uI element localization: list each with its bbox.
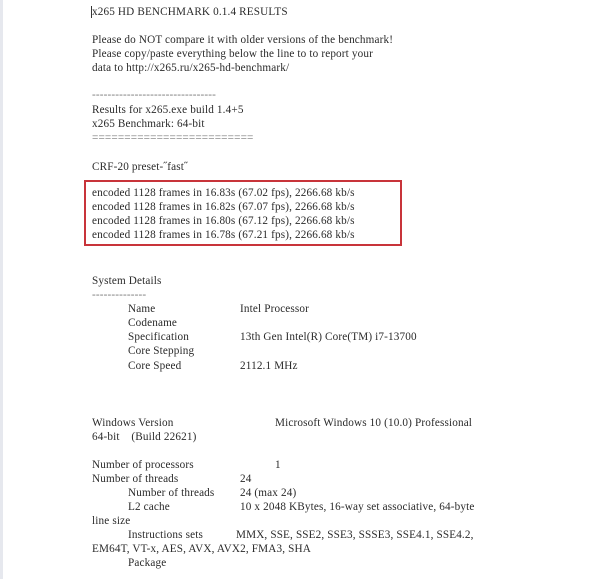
isa-label: Instructions sets: [128, 528, 203, 542]
document-title: x265 HD BENCHMARK 0.1.4 RESULTS: [92, 5, 288, 19]
package-label: Package: [128, 556, 166, 570]
sub-threads-label: Number of threads: [128, 486, 214, 500]
sys-value: Intel Processor: [240, 302, 309, 316]
result-line: encoded 1128 frames in 16.80s (67.12 fps…: [92, 214, 355, 228]
equals-separator: =========================: [92, 131, 253, 145]
system-details-heading: System Details: [92, 274, 162, 288]
sys-label: Core Speed: [128, 359, 181, 373]
sys-value: 2112.1 MHz: [240, 359, 298, 373]
result-line: encoded 1128 frames in 16.83s (67.02 fps…: [92, 186, 355, 200]
windows-version-label: Windows Version: [92, 416, 173, 430]
sys-label: Codename: [128, 316, 177, 330]
threads-value: 24: [240, 472, 252, 486]
system-details-underline: --------------: [92, 288, 146, 302]
build-line: Results for x265.exe build 1.4+5: [92, 103, 244, 117]
sys-value: 13th Gen Intel(R) Core(TM) i7-13700: [240, 330, 417, 344]
windows-version-cont: 64-bit (Build 22621): [92, 430, 196, 444]
isa-cont: EM64T, VT-x, AES, AVX, AVX2, FMA3, SHA: [92, 542, 311, 556]
sys-label: Core Stepping: [128, 344, 194, 358]
threads-label: Number of threads: [92, 472, 178, 486]
dash-separator: --------------------------------: [92, 88, 216, 102]
benchmark-bits-line: x265 Benchmark: 64-bit: [92, 117, 205, 131]
processors-value: 1: [275, 458, 281, 472]
isa-value: MMX, SSE, SSE2, SSE3, SSSE3, SSE4.1, SSE…: [236, 528, 474, 542]
preset-line: CRF-20 preset-˝fast˝: [92, 160, 188, 174]
sys-label: Name: [128, 302, 155, 316]
sys-label: Specification: [128, 330, 189, 344]
sub-threads-value: 24 (max 24): [240, 486, 296, 500]
window-left-edge: [0, 0, 3, 579]
l2-cache-cont: line size: [92, 514, 130, 528]
l2-cache-value: 10 x 2048 KBytes, 16-way set associative…: [240, 500, 474, 514]
processors-label: Number of processors: [92, 458, 194, 472]
windows-version-value: Microsoft Windows 10 (10.0) Professional: [275, 416, 472, 430]
l2-cache-label: L2 cache: [128, 500, 170, 514]
notice-line: data to http://x265.ru/x265-hd-benchmark…: [92, 61, 289, 75]
notice-line: Please copy/paste everything below the l…: [92, 47, 373, 61]
notice-line: Please do NOT compare it with older vers…: [92, 33, 393, 47]
result-line: encoded 1128 frames in 16.82s (67.07 fps…: [92, 200, 355, 214]
result-line: encoded 1128 frames in 16.78s (67.21 fps…: [92, 228, 355, 242]
